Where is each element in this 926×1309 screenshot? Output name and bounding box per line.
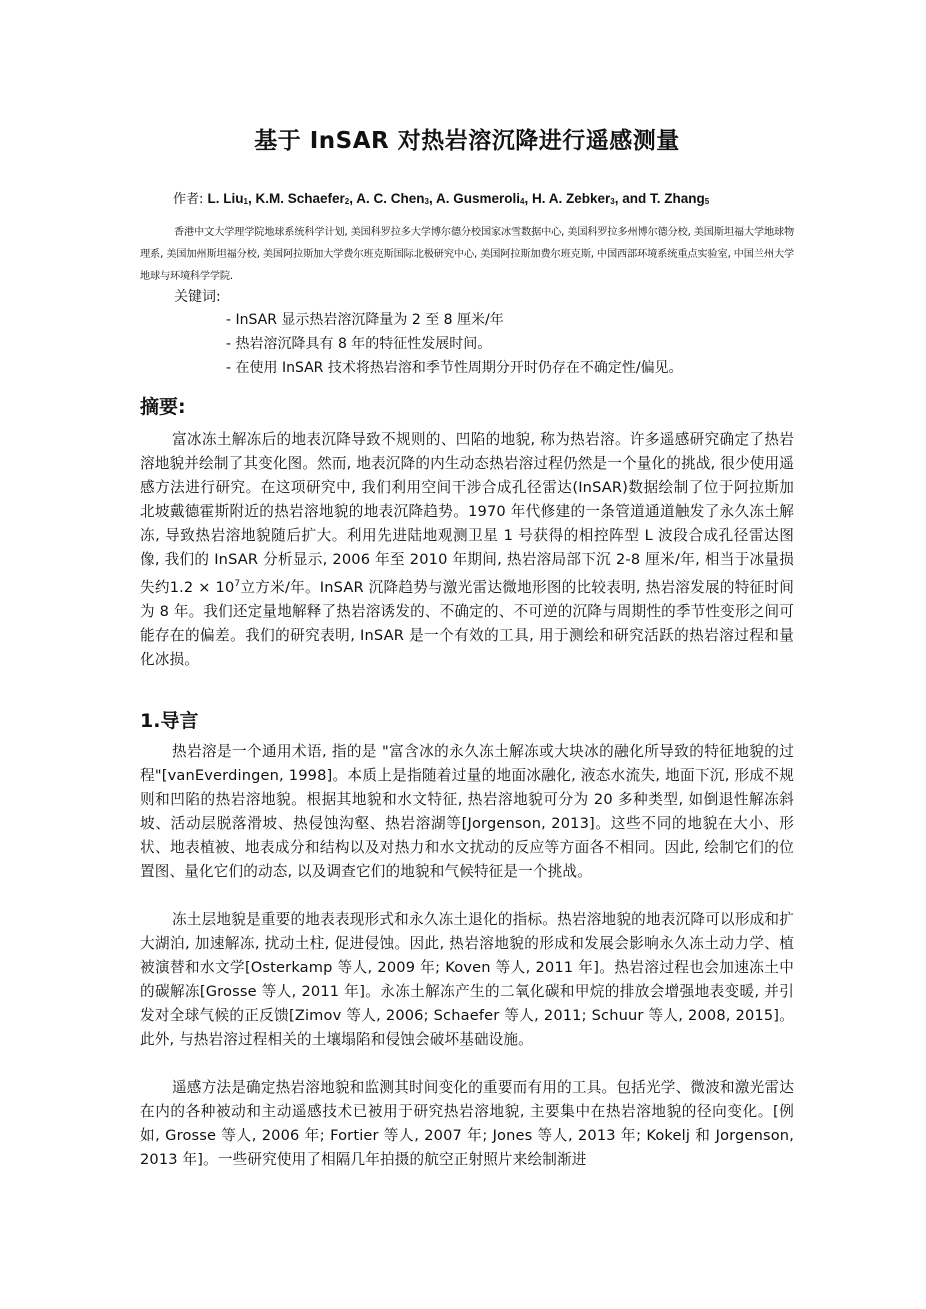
abstract-text-a: 富冰冻土解冻后的地表沉降导致不规则的、凹陷的地貌, 称为热岩溶。许多遥感研究确定… bbox=[140, 431, 794, 596]
abstract-heading: 摘要: bbox=[140, 392, 186, 419]
affiliation-mark: 3 bbox=[610, 197, 614, 206]
affiliation-mark: 1 bbox=[244, 197, 248, 206]
keywords-list: - InSAR 显示热岩溶沉降量为 2 至 8 厘米/年 - 热岩溶沉降具有 8… bbox=[226, 308, 683, 380]
author-name: H. A. Zebker bbox=[532, 191, 610, 206]
abstract-paragraph: 富冰冻土解冻后的地表沉降导致不规则的、凹陷的地貌, 称为热岩溶。许多遥感研究确定… bbox=[140, 428, 794, 672]
intro-paragraph-3: 遥感方法是确定热岩溶地貌和监测其时间变化的重要而有用的工具。包括光学、微波和激光… bbox=[140, 1076, 794, 1172]
keyword-item: - 热岩溶沉降具有 8 年的特征性发展时间。 bbox=[226, 332, 683, 356]
authors-label: 作者: bbox=[173, 192, 203, 207]
ice-loss-value: 1.2 × 107 bbox=[170, 579, 241, 596]
keywords-label: 关键词: bbox=[174, 286, 221, 306]
author-name: T. Zhang bbox=[650, 191, 705, 206]
author-name: K.M. Schaefer bbox=[256, 191, 345, 206]
affiliation-mark: 4 bbox=[520, 197, 524, 206]
author-separator: , bbox=[524, 191, 532, 206]
intro-paragraph-2: 冻土层地貌是重要的地表表现形式和永久冻土退化的指标。热岩溶地貌的地表沉降可以形成… bbox=[140, 908, 794, 1052]
affiliation-mark: 3 bbox=[425, 197, 429, 206]
author-line: 作者: L. Liu1, K.M. Schaefer2, A. C. Chen3… bbox=[173, 188, 709, 207]
affiliation-mark: 2 bbox=[345, 197, 349, 206]
author-names: L. Liu1, K.M. Schaefer2, A. C. Chen3, A.… bbox=[208, 191, 710, 206]
keyword-item: - InSAR 显示热岩溶沉降量为 2 至 8 厘米/年 bbox=[226, 308, 683, 332]
paper-title: 基于 InSAR 对热岩溶沉降进行遥感测量 bbox=[140, 122, 794, 155]
affiliation-mark: 5 bbox=[705, 197, 709, 206]
section-heading-introduction: 1.导言 bbox=[140, 706, 198, 733]
author-name: A. Gusmeroli bbox=[436, 191, 520, 206]
affiliations: 香港中文大学理学院地球系统科学计划, 美国科罗拉多大学博尔德分校国家冰雪数据中心… bbox=[140, 222, 794, 288]
author-name: A. C. Chen bbox=[356, 191, 424, 206]
keyword-item: - 在使用 InSAR 技术将热岩溶和季节性周期分开时仍存在不确定性/偏见。 bbox=[226, 356, 683, 380]
intro-paragraph-1: 热岩溶是一个通用术语, 指的是 "富含冰的永久冻土解冻或大块冰的融化所导致的特征… bbox=[140, 740, 794, 884]
author-name: L. Liu bbox=[208, 191, 244, 206]
author-separator: , bbox=[429, 191, 436, 206]
author-separator: , and bbox=[615, 191, 650, 206]
author-separator: , bbox=[248, 191, 256, 206]
